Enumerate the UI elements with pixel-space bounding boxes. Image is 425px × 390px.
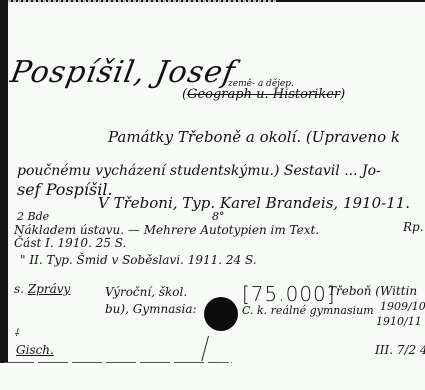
card-left-edge (0, 0, 8, 363)
footnote: Gisch. (16, 343, 54, 357)
subject-qualifier: (Geograph u. Historiker) (182, 87, 345, 102)
signature-mark: Rp. (403, 220, 424, 234)
pen-stroke (201, 336, 209, 361)
title-line-1: Památky Třeboně a okolí. (Upraveno k (108, 128, 400, 146)
series-text-1: Výroční, škol. (105, 285, 187, 299)
edition-volumes: 2 Bde (17, 210, 49, 223)
author-heading: Pospíšil, Josef (8, 55, 238, 90)
imprint-line: V Třeboni, Typ. Karel Brandeis, 1910-11. (98, 194, 410, 212)
series-label: s. Zprávy (14, 282, 70, 296)
subject-close: ) (340, 87, 345, 102)
title-line-2: poučnému vycházení studentskýmu.) Sestav… (17, 163, 381, 179)
years-1: 1909/10, (380, 300, 425, 313)
shelfmark: [75.000] (242, 282, 336, 306)
punch-hole (204, 297, 238, 331)
call-code: III. 7/2 43 (375, 343, 425, 357)
institution: C. k. reálné gymnasium (242, 304, 374, 317)
card-bottom-edge (4, 362, 229, 363)
years-2: 1910/11 (376, 315, 422, 328)
card-bottom-dots (222, 362, 232, 363)
series-text-2: bu), Gymnasia: (105, 302, 197, 316)
illustration-note: Nákladem ústavu. — Mehrere Autotypien im… (14, 223, 319, 237)
format: 8° (212, 210, 225, 223)
part-1: Část I. 1910. 25 S. (14, 236, 126, 250)
catalog-card: Pospíšil, Josef země- a dějep. (Geograph… (0, 0, 425, 363)
series-name: Zprávy (28, 282, 70, 296)
card-top-dots (8, 0, 278, 2)
part-2: " II. Typ. Šmid v Soběslavi. 1911. 24 S. (20, 253, 257, 267)
subject-struck: Geograph u. Historiker (187, 87, 340, 102)
series-prefix: s. (14, 282, 24, 296)
marker-glyph: ⸸ (14, 325, 19, 339)
place: Třeboň (Wittin (328, 284, 417, 298)
